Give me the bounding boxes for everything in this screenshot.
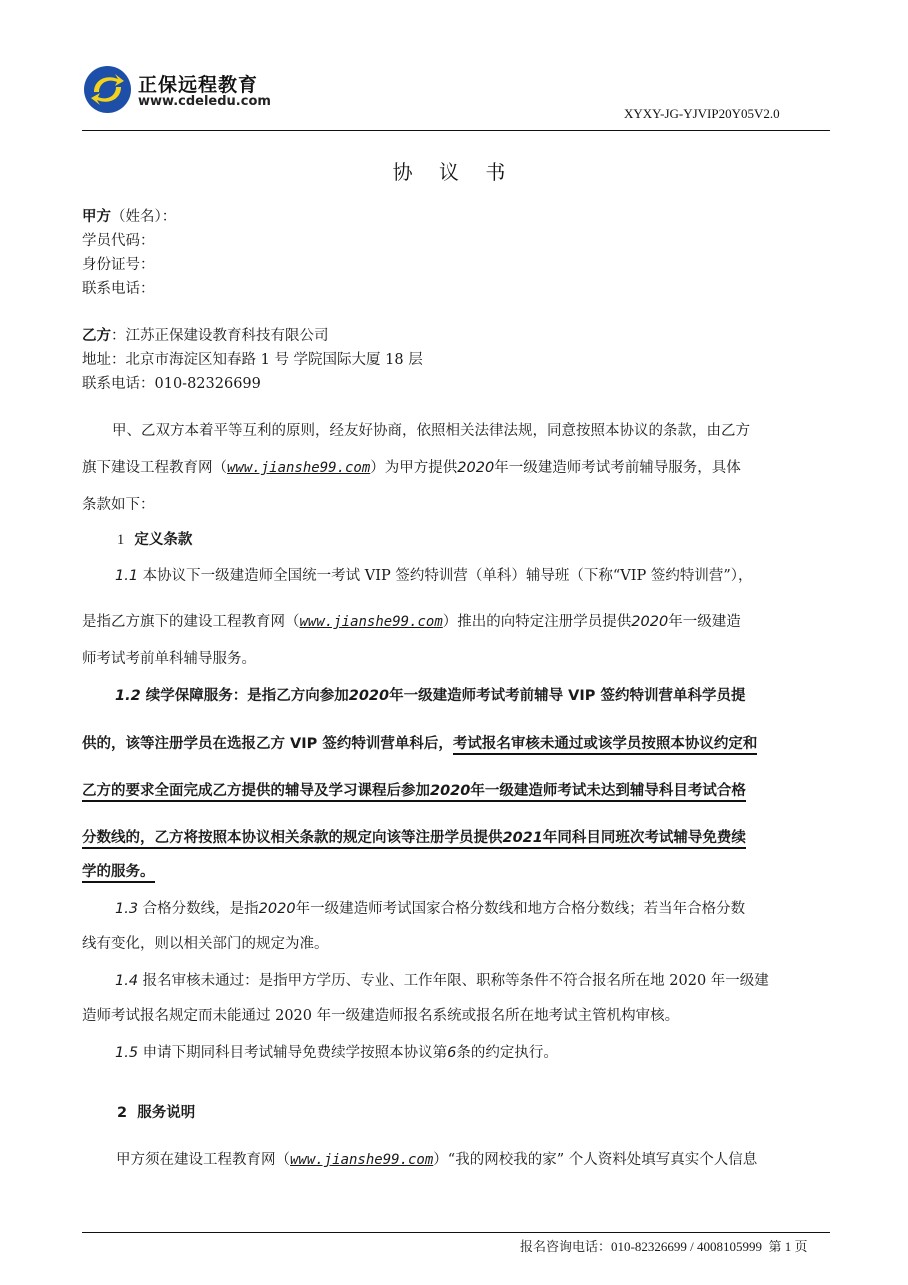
party-a-name: 甲方（姓名）： xyxy=(82,207,176,227)
party-b-phone: 联系电话：010-82326699 xyxy=(82,374,261,394)
clause-text: ）“我的网校我的家” 个人资料处填写真实个人信息 xyxy=(433,1152,757,1168)
clause-number: 1.3 xyxy=(115,901,138,917)
clause-text: 甲方须在建设工程教育网（ xyxy=(116,1152,290,1168)
clause-text: 年一级建造 xyxy=(668,614,741,630)
clause-text: 供的，该等注册学员在选报乙方 VIP 签约特训营单科后， xyxy=(82,736,453,752)
clause-text-underlined: 分数线的，乙方将按照本协议相关条款的规定向该等注册学员提供2021年同科目同班次… xyxy=(82,830,746,849)
clause-1-3-line-1: 1.3 合格分数线，是指2020年一级建造师考试国家合格分数线和地方合格分数线；… xyxy=(115,899,861,919)
section-1-heading: 1 定义条款 xyxy=(117,530,192,550)
footer-contact: 报名咨询电话：010-82326699 / 4008105999 xyxy=(520,1239,762,1254)
clause-text: 续学保障服务：是指乙方向参加 xyxy=(146,688,349,704)
party-a-label: 甲方 xyxy=(82,208,111,225)
clause-text: 条的约定执行。 xyxy=(456,1045,558,1061)
party-b-company-name: ：江苏正保建设教育科技有限公司 xyxy=(111,328,329,344)
clause-text: 年一级建造师考试考前辅导 VIP 签约特训营单科学员提 xyxy=(389,688,745,704)
clause-number: 1.1 xyxy=(115,568,138,584)
clause-1-2-line-4: 分数线的，乙方将按照本协议相关条款的规定向该等注册学员提供2021年同科目同班次… xyxy=(82,828,828,848)
section-2-heading: 2 服务说明 xyxy=(117,1103,195,1123)
clause-1-1-line-1: 1.1 本协议下一级建造师全国统一考试 VIP 签约特训营（单科）辅导班（下称“… xyxy=(115,566,861,586)
clause-1-2-line-1: 1.2 续学保障服务：是指乙方向参加2020年一级建造师考试考前辅导 VIP 签… xyxy=(115,686,861,706)
jianshe99-link[interactable]: www.jianshe99.com xyxy=(290,1152,433,1168)
intro-text: 年一级建造师考试考前辅导服务，具体 xyxy=(494,460,741,476)
page-number: 第 1 页 xyxy=(768,1239,807,1254)
clause-number: 1.5 xyxy=(115,1045,138,1061)
section-title: 服务说明 xyxy=(137,1105,195,1121)
clause-text: 乙方的要求全面完成乙方提供的辅导及学习课程后参加 xyxy=(82,783,430,799)
party-b-label: 乙方 xyxy=(82,327,111,344)
clause-text: 是指乙方旗下的建设工程教育网（ xyxy=(82,614,300,630)
clause-text: 申请下期同科目考试辅导免费续学按照本协议第 xyxy=(143,1045,448,1061)
clause-text: 年一级建造师考试未达到辅导科目考试合格 xyxy=(470,783,746,799)
section-title: 定义条款 xyxy=(134,532,192,548)
section-2-line-1: 甲方须在建设工程教育网（www.jianshe99.com）“我的网校我的家” … xyxy=(116,1150,862,1170)
clause-text-underlined: 考试报名审核未通过或该学员按照本协议约定和 xyxy=(453,736,758,755)
party-a-name-label: （姓名）： xyxy=(111,209,176,225)
clause-1-3-line-2: 线有变化，则以相关部门的规定为准。 xyxy=(82,934,828,954)
party-a-id-number: 身份证号： xyxy=(82,255,155,275)
document-code: XYXY-JG-YJVIP20Y05V2.0 xyxy=(624,106,780,122)
clause-1-1-line-3: 师考试考前单科辅导服务。 xyxy=(82,649,828,669)
clause-1-2-line-5: 学的服务。 xyxy=(82,862,828,882)
section-number: 2 xyxy=(117,1105,127,1121)
clause-text: 分数线的，乙方将按照本协议相关条款的规定向该等注册学员提供 xyxy=(82,830,503,846)
section-number: 1 xyxy=(117,532,124,548)
year: 2020 xyxy=(259,901,296,917)
clause-text: ）推出的向特定注册学员提供 xyxy=(443,614,632,630)
intro-line-2: 旗下建设工程教育网（www.jianshe99.com）为甲方提供2020年一级… xyxy=(82,458,828,478)
intro-text: ）为甲方提供 xyxy=(370,460,457,476)
page-title: 协 议 书 xyxy=(0,156,908,185)
header-divider xyxy=(82,130,830,131)
clause-1-4-line-1: 1.4 报名审核未通过：是指甲方学历、专业、工作年限、职称等条件不符合报名所在地… xyxy=(115,971,861,991)
year: 2020 xyxy=(430,783,470,799)
clause-1-2-line-2: 供的，该等注册学员在选报乙方 VIP 签约特训营单科后，考试报名审核未通过或该学… xyxy=(82,734,828,754)
year: 2020 xyxy=(631,614,668,630)
clause-number: 1.4 xyxy=(115,973,138,989)
footer: 报名咨询电话：010-82326699 / 4008105999 第 1 页 xyxy=(520,1236,807,1255)
jianshe99-link[interactable]: www.jianshe99.com xyxy=(300,614,443,630)
logo-icon xyxy=(84,66,131,113)
clause-text-underlined: 乙方的要求全面完成乙方提供的辅导及学习课程后参加2020年一级建造师考试未达到辅… xyxy=(82,783,746,802)
party-b-company: 乙方：江苏正保建设教育科技有限公司 xyxy=(82,326,329,346)
clause-1-2-line-3: 乙方的要求全面完成乙方提供的辅导及学习课程后参加2020年一级建造师考试未达到辅… xyxy=(82,781,828,801)
clause-text: 报名审核未通过：是指甲方学历、专业、工作年限、职称等条件不符合报名所在地 202… xyxy=(143,973,769,989)
intro-line-3: 条款如下： xyxy=(82,495,828,515)
year: 2020 xyxy=(349,688,389,704)
clause-1-5-line-1: 1.5 申请下期同科目考试辅导免费续学按照本协议第6条的约定执行。 xyxy=(115,1043,861,1063)
party-b-address: 地址：北京市海淀区知春路 1 号 学院国际大厦 18 层 xyxy=(82,350,423,370)
year: 2020 xyxy=(457,460,494,476)
clause-1-4-line-2: 造师考试报名规定而未能通过 2020 年一级建造师报名系统或报名所在地考试主管机… xyxy=(82,1006,828,1026)
clause-text: 年同科目同班次考试辅导免费续 xyxy=(543,830,746,846)
clause-number: 1.2 xyxy=(115,688,141,704)
intro-line-1: 甲、乙双方本着平等互利的原则，经友好协商，依照相关法律法规，同意按照本协议的条款… xyxy=(82,421,828,441)
jianshe99-link[interactable]: www.jianshe99.com xyxy=(227,460,370,476)
year: 2021 xyxy=(503,830,543,846)
party-a-phone: 联系电话： xyxy=(82,279,155,299)
brand-name: 正保远程教育 xyxy=(138,70,258,97)
party-a-student-code: 学员代码： xyxy=(82,231,155,251)
clause-1-1-line-2: 是指乙方旗下的建设工程教育网（www.jianshe99.com）推出的向特定注… xyxy=(82,612,828,632)
footer-divider xyxy=(82,1232,830,1233)
clause-text: 合格分数线，是指 xyxy=(143,901,259,917)
clause-text: 年一级建造师考试国家合格分数线和地方合格分数线；若当年合格分数 xyxy=(296,901,746,917)
clause-text: 本协议下一级建造师全国统一考试 VIP 签约特训营（单科）辅导班（下称“VIP … xyxy=(143,568,753,584)
intro-text: 旗下建设工程教育网（ xyxy=(82,460,227,476)
clause-text-underlined: 学的服务。 xyxy=(82,864,155,883)
brand-url: www.cdeledu.com xyxy=(138,94,271,109)
